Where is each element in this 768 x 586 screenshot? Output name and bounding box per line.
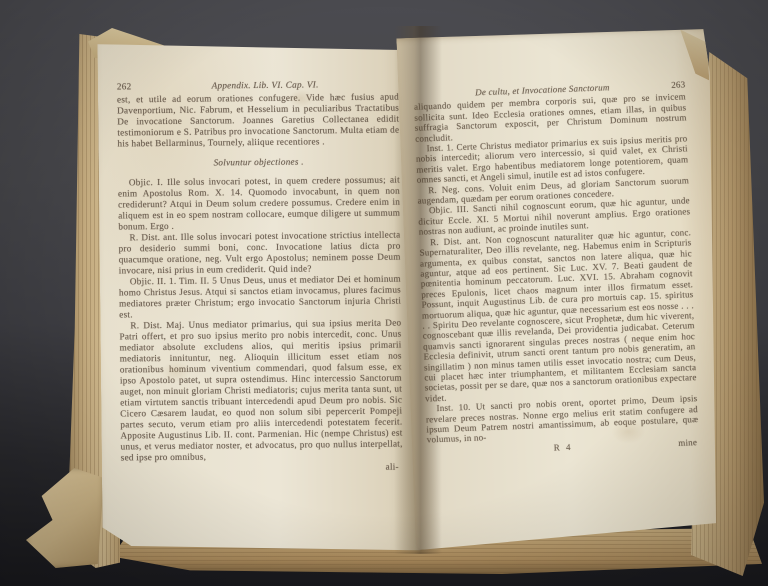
left-catchword: ali- [121, 462, 403, 476]
left-page-text: 262 Appendix. Lib. VI. Cap. VI. est, et … [117, 79, 403, 476]
damaged-corner-flap [26, 468, 104, 568]
left-paragraph-3: Objic. II. 1. Tim. II. 5 Unus Deus, unus… [119, 274, 401, 321]
photo-open-book: 262 Appendix. Lib. VI. Cap. VI. est, et … [0, 0, 768, 586]
right-page: De cultu, et Invocatione Sanctorum 263 a… [396, 26, 730, 550]
dog-ear-top-right [677, 28, 709, 81]
right-paragraph-4: R. Dist. ant. Non cognoscunt naturaliter… [419, 227, 697, 404]
right-page-text: De cultu, et Invocatione Sanctorum 263 a… [413, 79, 699, 459]
left-paragraph-0: est, et utile ad eorum orationes confuge… [117, 92, 400, 150]
left-running-header-row: 262 Appendix. Lib. VI. Cap. VI. [117, 79, 399, 93]
right-page-number: 263 [671, 79, 685, 90]
left-paragraph-4: R. Dist. Maj. Unus mediator primarius, q… [119, 318, 402, 464]
left-paragraph-2: R. Dist. ant. Ille solus invocari potest… [118, 230, 400, 277]
left-running-header: Appendix. Lib. VI. Cap. VI. [131, 79, 399, 93]
left-paragraph-1: Objic. I. Ille solus invocari potest, in… [118, 175, 401, 233]
section-heading: Solvuntur objectiones . [118, 156, 400, 170]
left-page-number: 262 [117, 81, 132, 92]
left-page: 262 Appendix. Lib. VI. Cap. VI. est, et … [97, 28, 420, 553]
right-catchword: mine [678, 437, 697, 448]
